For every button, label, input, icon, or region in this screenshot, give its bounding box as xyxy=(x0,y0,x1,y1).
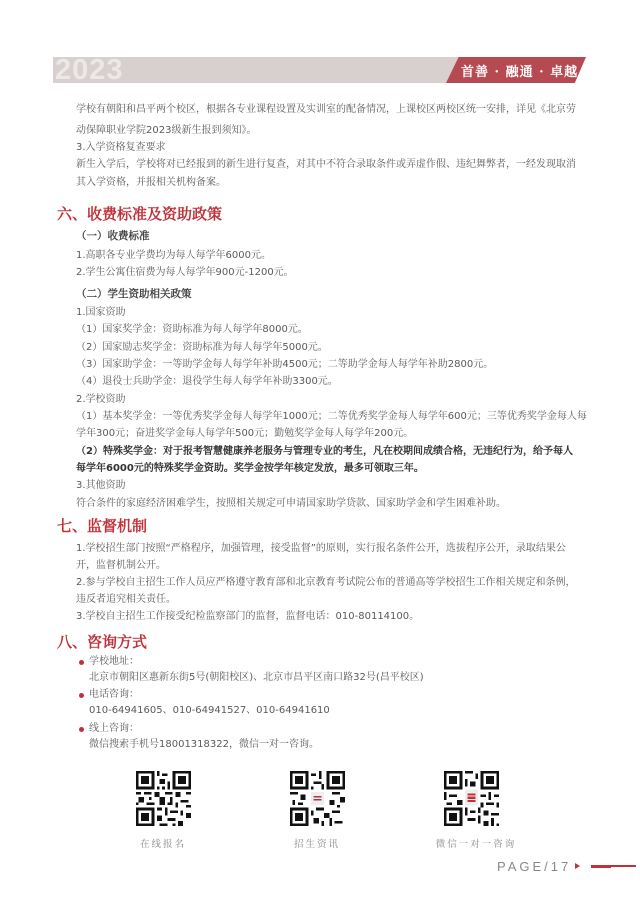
contact-online-value: 微信搜索手机号18001318322，微信一对一咨询。 xyxy=(89,738,319,752)
school-special-line-2: 每学年6000元的特殊奖学金资助。奖学金按学年核定发放，最多可领取三年。 xyxy=(76,462,424,476)
fee-item-2: 2.学生公寓住宿费为每人每学年900元-1200元。 xyxy=(76,266,294,280)
national-aid-item-2: （2）国家励志奖学金：资助标准为每人每学年5000元。 xyxy=(76,341,328,355)
triangle-right-icon xyxy=(575,863,580,869)
qr-code-wechat-consult xyxy=(444,770,499,827)
section-8-title: 八、咨询方式 xyxy=(57,631,147,652)
intro-item3-line-2: 其入学资格，并报相关机构备案。 xyxy=(76,176,226,190)
other-aid-title: 3.其他资助 xyxy=(76,479,126,493)
school-basic-line-2: 学年300元；奋进奖学金每人每学年500元；勤勉奖学金每人每学年200元。 xyxy=(76,427,413,441)
footer-divider-accent xyxy=(591,866,611,868)
national-aid-title: 1.国家资助 xyxy=(76,306,126,320)
contact-phone-label: 电话咨询： xyxy=(89,688,139,702)
qr-code-online-registration xyxy=(136,770,191,827)
header-slogan: 首善 · 融通 · 卓越 xyxy=(461,61,578,80)
intro-item3-title: 3.入学资格复查要求 xyxy=(76,141,166,155)
section-6-title: 六、收费标准及资助政策 xyxy=(57,203,222,224)
contact-address-label: 学校地址： xyxy=(89,655,139,669)
national-aid-item-3: （3）国家助学金：一等助学金每人每学年补助4500元；二等助学金每人每学年补助2… xyxy=(76,358,493,372)
bullet-icon xyxy=(79,693,84,698)
section-6-sub1: （一）收费标准 xyxy=(76,228,150,243)
bullet-icon xyxy=(79,660,84,665)
contact-address-value: 北京市朝阳区惠新东街5号(朝阳校区)、北京市昌平区南口路32号(昌平校区) xyxy=(89,671,424,685)
intro-line-1: 学校有朝阳和昌平两个校区，根据各专业课程设置及实训室的配备情况，上课校区两校区统… xyxy=(76,103,576,117)
intro-line-2: 动保障职业学院2023级新生报到须知》。 xyxy=(76,124,256,138)
header-year: 2023 xyxy=(55,55,124,85)
qr-label-online-registration: 在线报名 xyxy=(118,836,208,850)
supervision-item-1-line-2: 开，监督机制公开。 xyxy=(76,559,166,573)
school-basic-line-1: （1）基本奖学金：一等优秀奖学金每人每学年1000元；二等优秀奖学金每人每学年6… xyxy=(76,410,587,424)
page-header: 2023 首善 · 融通 · 卓越 xyxy=(53,57,586,83)
national-aid-item-1: （1）国家奖学金：资助标准为每人每学年8000元。 xyxy=(76,323,308,337)
page-number: PAGE/17 xyxy=(497,859,571,874)
contact-online-label: 线上咨询： xyxy=(89,722,139,736)
school-special-line-1: （2）特殊奖学金：对于报考智慧健康养老服务与管理专业的考生，凡在校期间成绩合格，… xyxy=(76,445,573,459)
supervision-item-1-line-1: 1.学校招生部门按照“严格程序，加强管理，接受监督”的原则，实行报名条件公开，选… xyxy=(76,542,566,556)
bullet-icon xyxy=(79,727,84,732)
supervision-item-2-line-1: 2.参与学校自主招生工作人员应严格遵守教育部和北京教育考试院公布的普通高等学校招… xyxy=(76,576,576,590)
qr-label-wechat-consult: 微信一对一咨询 xyxy=(426,836,526,850)
other-aid-text: 符合条件的家庭经济困难学生，按照相关规定可申请国家助学贷款、国家助学金和学生困难… xyxy=(76,497,506,511)
section-7-title: 七、监督机制 xyxy=(57,515,147,536)
qr-code-admission-news xyxy=(290,770,345,827)
national-aid-item-4: （4）退役士兵助学金：退役学生每人每学年补助3300元。 xyxy=(76,375,338,389)
intro-item3-line-1: 新生入学后，学校将对已经报到的新生进行复查，对其中不符合录取条件或弄虚作假、违纪… xyxy=(76,158,576,172)
fee-item-1: 1.高职各专业学费均为每人每学年6000元。 xyxy=(76,249,271,263)
supervision-item-3: 3.学校自主招生工作接受纪检监察部门的监督，监督电话：010-80114100。 xyxy=(76,610,419,624)
school-aid-title: 2.学校资助 xyxy=(76,393,126,407)
section-6-sub2: （二）学生资助相关政策 xyxy=(76,286,192,301)
contact-phone-value: 010-64941605、010-64941527、010-64941610 xyxy=(89,704,330,718)
supervision-item-2-line-2: 违反者追究相关责任。 xyxy=(76,593,176,607)
qr-label-admission-news: 招生资讯 xyxy=(272,836,362,850)
